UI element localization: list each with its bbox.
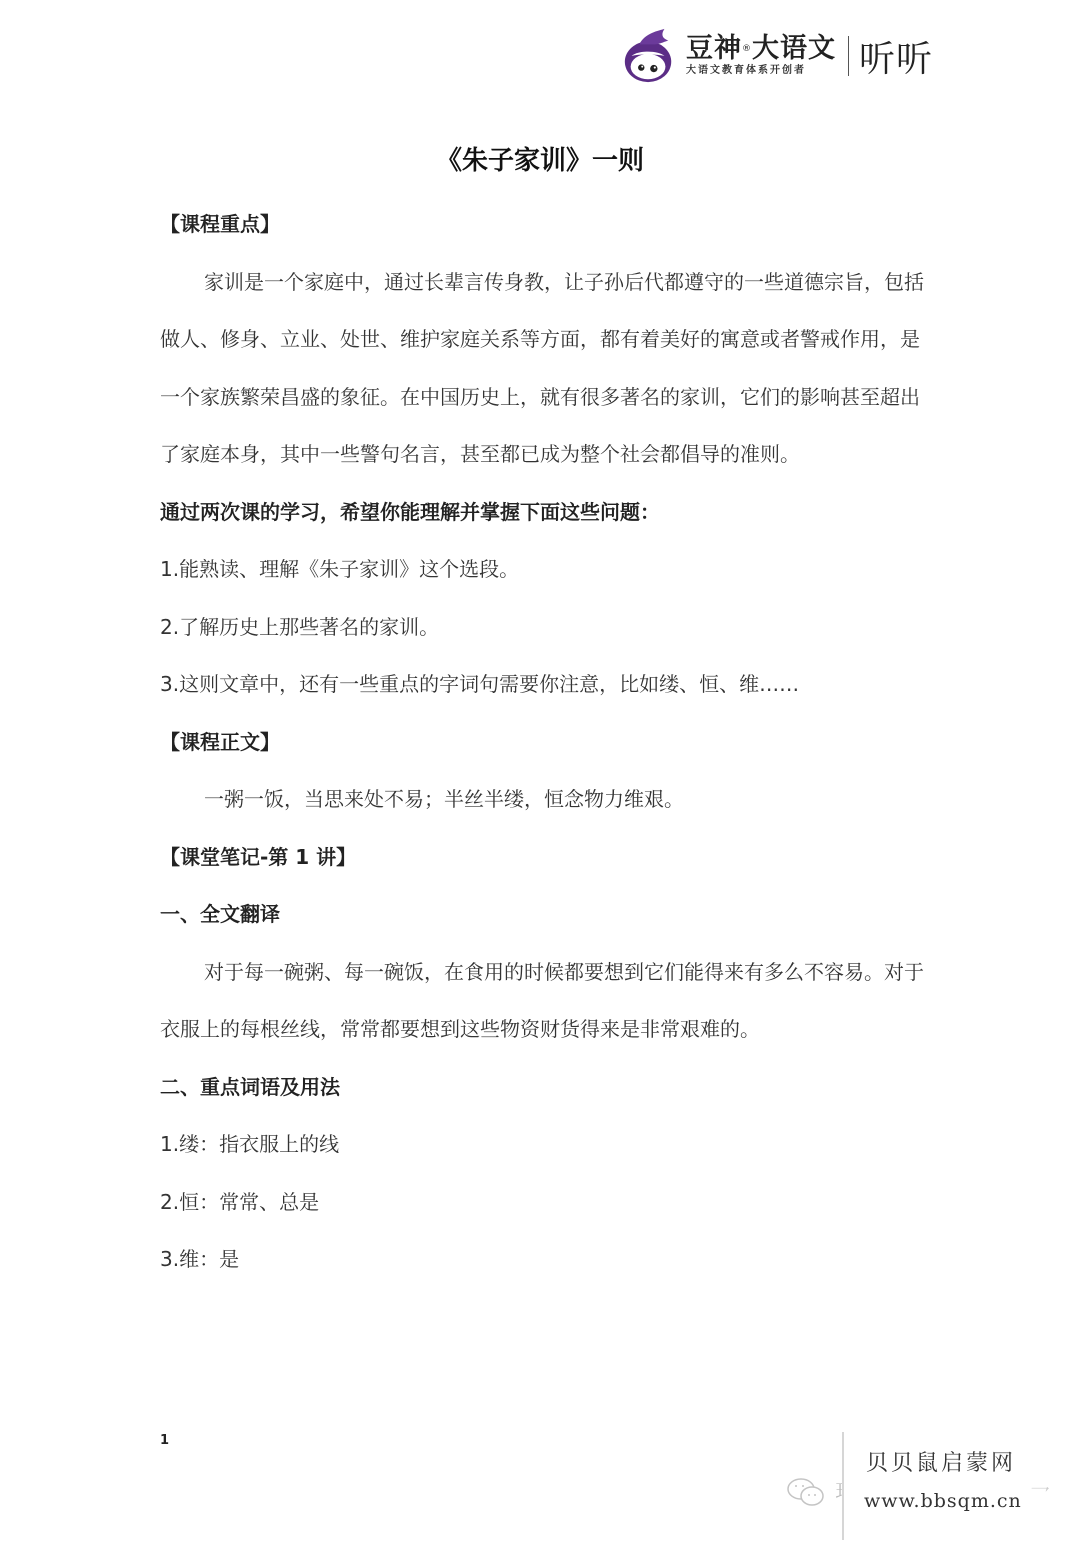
site-watermark: 贝贝鼠启蒙网 www.bbsqm.cn xyxy=(842,1432,1044,1540)
vocab-item: 1.缕：指衣服上的线 xyxy=(160,1116,930,1174)
watermark-edge-text: 乛 xyxy=(1030,1480,1050,1509)
goals-intro: 通过两次课的学习，希望你能理解并掌握下面这些问题： xyxy=(160,484,930,542)
translation-paragraph: 对于每一碗粥、每一碗饭，在食用的时候都要想到它们能得来有多么不容易。对于衣服上的… xyxy=(160,944,930,1059)
vocab-item: 3.维：是 xyxy=(160,1231,930,1289)
brand-name: 豆神®大语文 xyxy=(686,34,836,64)
focus-heading: 【课程重点】 xyxy=(160,196,930,254)
section-label: 听听 xyxy=(859,31,933,82)
wechat-icon xyxy=(785,1476,829,1510)
translation-heading: 一、全文翻译 xyxy=(160,886,930,944)
focus-paragraph: 家训是一个家庭中，通过长辈言传身教，让子孙后代都遵守的一些道德宗旨，包括做人、修… xyxy=(160,254,930,484)
text-heading: 【课程正文】 xyxy=(160,714,930,772)
page-number: 1 xyxy=(160,1433,169,1448)
vocab-heading: 二、重点词语及用法 xyxy=(160,1059,930,1117)
goal-item: 1.能熟读、理解《朱子家训》这个选段。 xyxy=(160,541,930,599)
document-body: 【课程重点】 家训是一个家庭中，通过长辈言传身教，让子孙后代都遵守的一些道德宗旨… xyxy=(160,196,930,1289)
logo-divider xyxy=(848,36,849,76)
goal-item: 3.这则文章中，还有一些重点的字词句需要你注意，比如缕、恒、维…… xyxy=(160,656,930,714)
doushen-mascot-icon xyxy=(620,27,678,85)
notes-heading: 【课堂笔记-第 1 讲】 xyxy=(160,829,930,887)
brand-tagline: 大语文教育体系开创者 xyxy=(686,64,836,78)
classic-text: 一粥一饭，当思来处不易；半丝半缕，恒念物力维艰。 xyxy=(160,771,930,829)
vocab-item: 2.恒：常常、总是 xyxy=(160,1174,930,1232)
document-title: 《朱子家训》一则 xyxy=(0,140,1080,177)
brand-logo: 豆神®大语文 大语文教育体系开创者 听听 xyxy=(620,26,933,86)
goal-item: 2.了解历史上那些著名的家训。 xyxy=(160,599,930,657)
site-name: 贝贝鼠启蒙网 xyxy=(866,1446,1016,1477)
site-url: www.bbsqm.cn xyxy=(864,1490,1022,1512)
